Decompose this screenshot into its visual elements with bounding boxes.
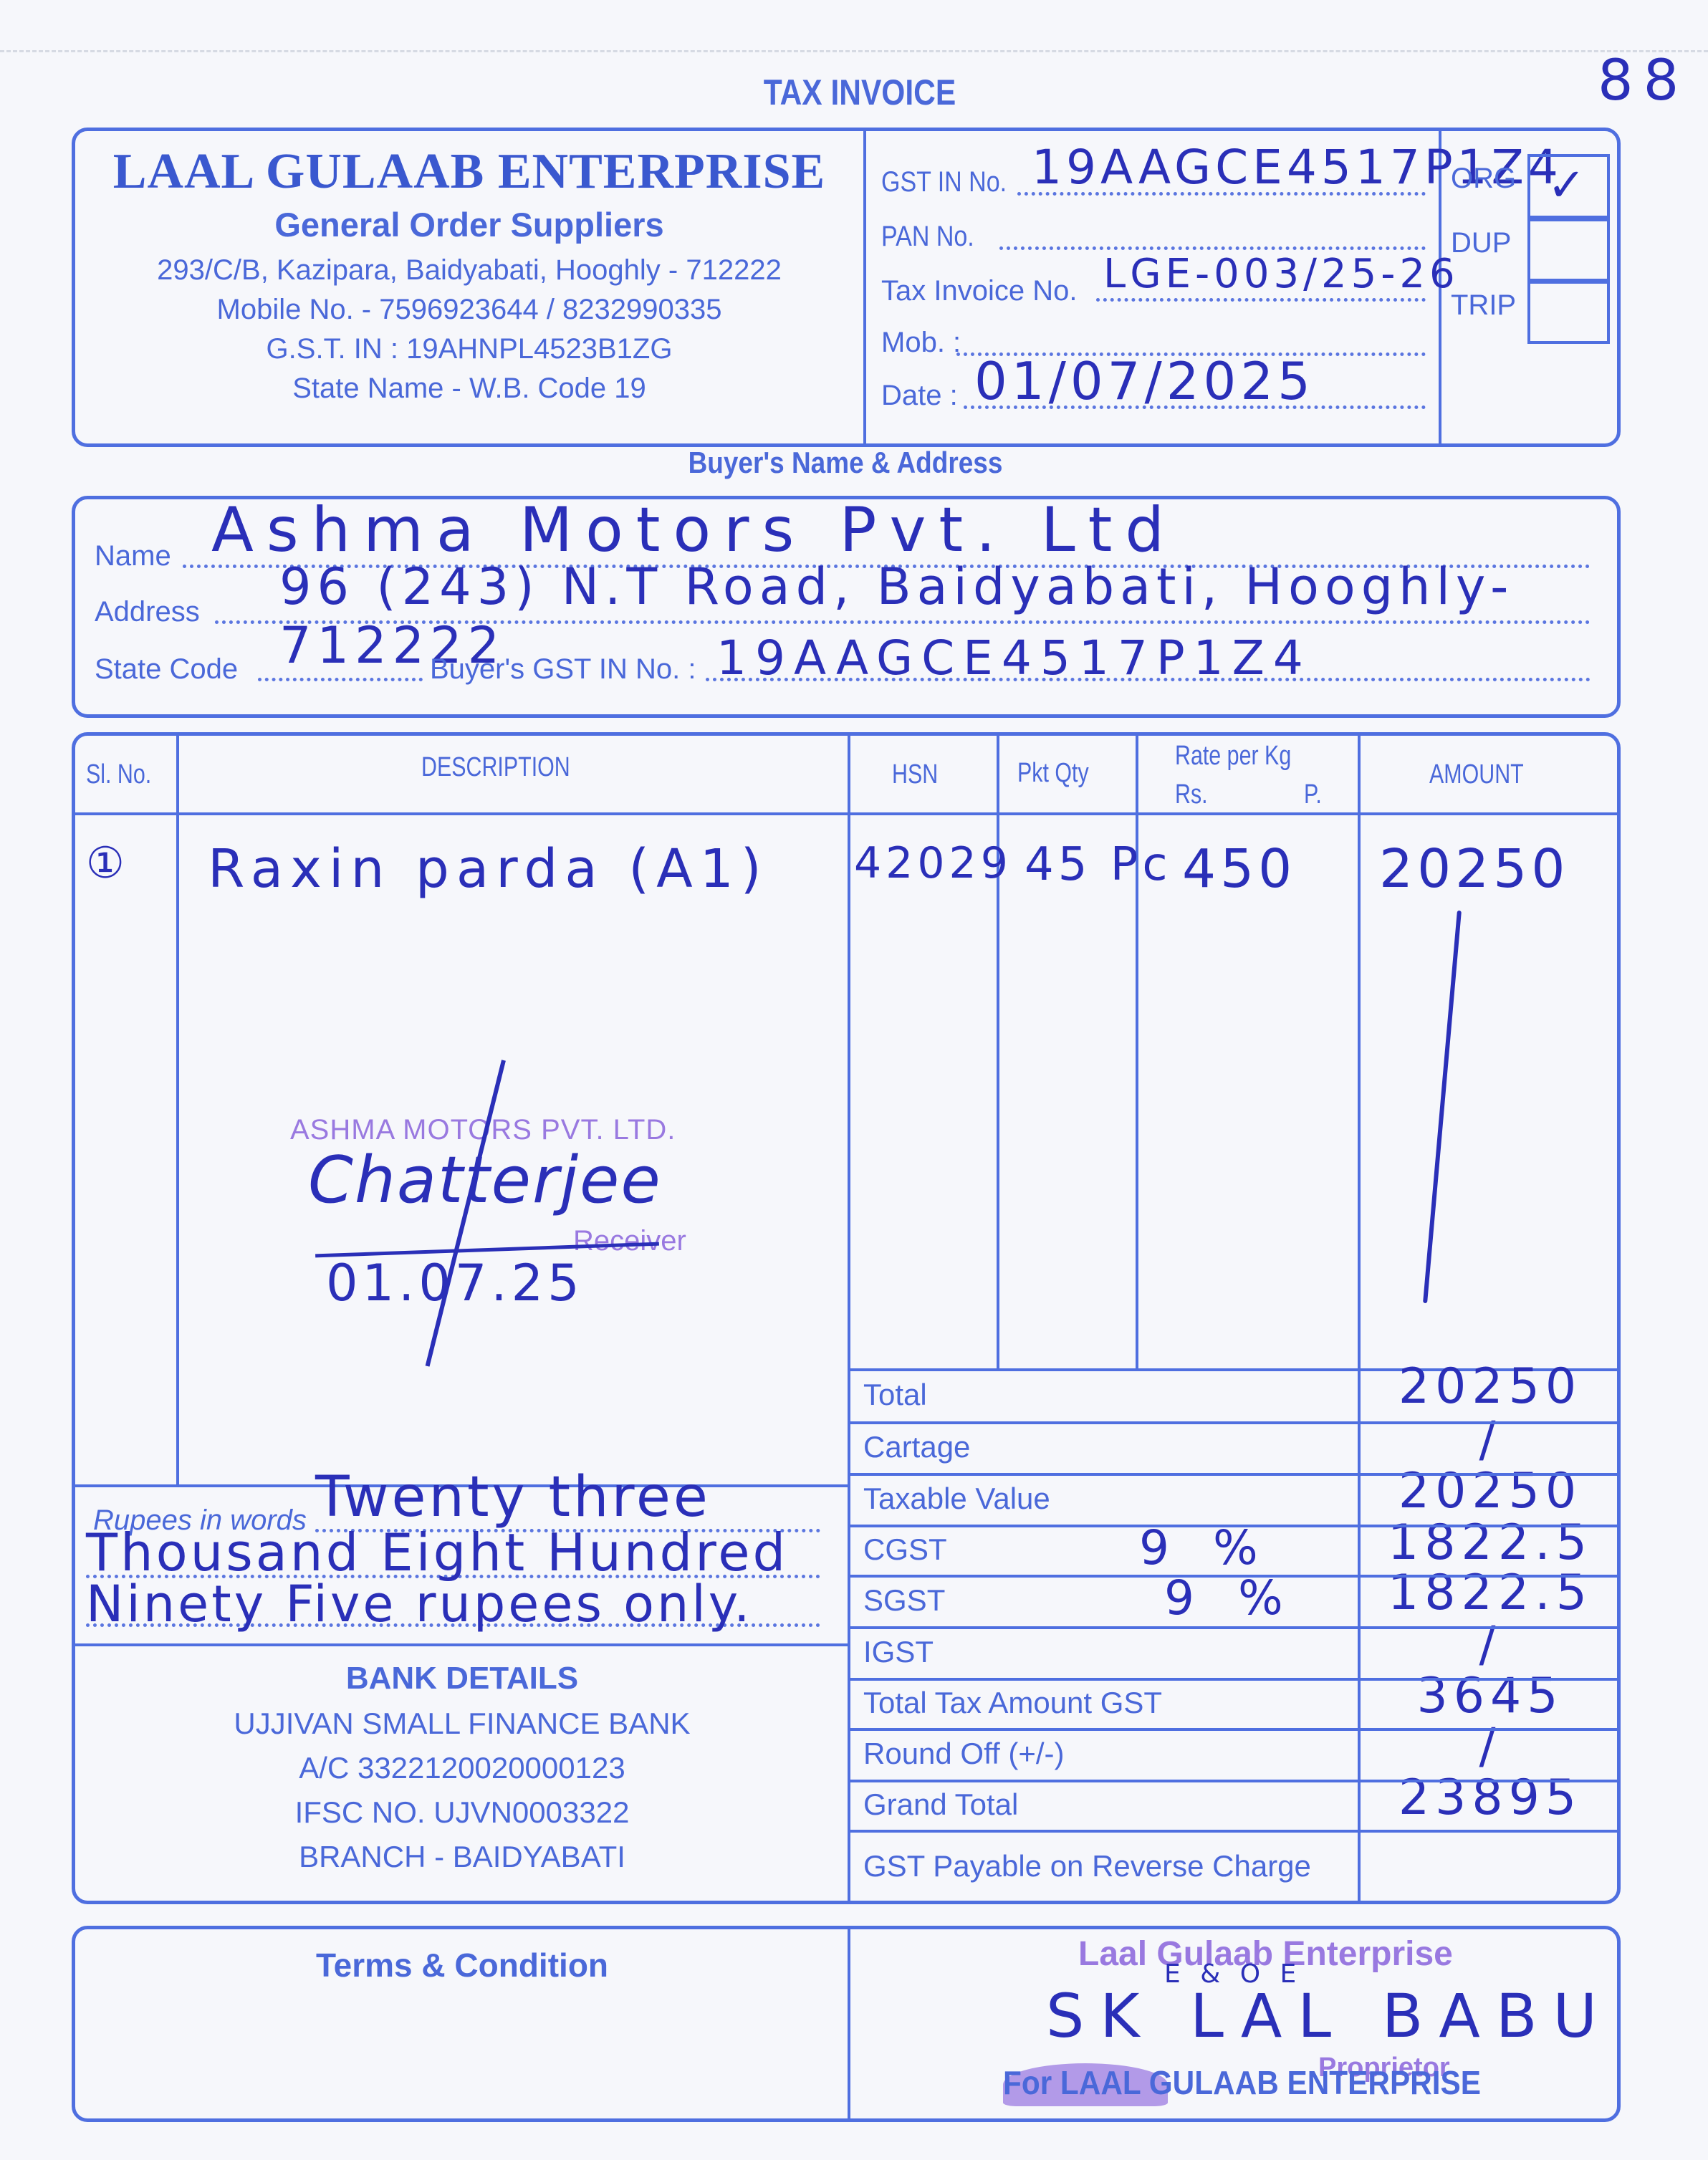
header-sl-no: Sl. No.: [86, 759, 151, 790]
seller-name: LAAL GULAAB ENTERPRISE: [79, 143, 860, 201]
col-line-hsn: [997, 734, 999, 1371]
summary-label: Round Off (+/-): [863, 1737, 1065, 1771]
check-mark-icon: ✓: [1530, 157, 1607, 214]
summary-label: IGST: [863, 1635, 934, 1669]
summary-row-rule: [848, 1575, 1619, 1578]
amount-words-line3[interactable]: Ninety Five rupees only.: [86, 1575, 753, 1633]
item-description[interactable]: Raxin parda (A1): [208, 838, 769, 900]
copy-type-label-dup: DUP: [1451, 227, 1511, 259]
summary-label: Grand Total: [863, 1787, 1018, 1822]
summary-row-rule: [848, 1678, 1619, 1681]
copy-type-label-trip: TRIP: [1451, 289, 1516, 322]
summary-value[interactable]: 1822.5: [1372, 1515, 1608, 1571]
date-value[interactable]: 01/07/2025: [974, 351, 1315, 411]
for-company-label: For LAAL GULAAB ENTERPRISE: [1003, 2063, 1481, 2102]
bank-top-rule: [73, 1643, 849, 1646]
bank-name: UJJIVAN SMALL FINANCE BANK: [79, 1707, 845, 1741]
seller-block: LAAL GULAAB ENTERPRISE General Order Sup…: [79, 143, 860, 405]
bank-title: BANK DETAILS: [79, 1661, 845, 1696]
buyer-name-value[interactable]: Ashma Motors Pvt. Ltd: [211, 494, 1177, 566]
header-rate-p: P.: [1304, 779, 1322, 810]
item-rate[interactable]: 450: [1182, 838, 1296, 900]
summary-label: Taxable Value: [863, 1482, 1050, 1516]
summary-label: Cartage: [863, 1430, 970, 1464]
seller-gstin: G.S.T. IN : 19AHNPL4523B1ZG: [79, 333, 860, 365]
header-pkt-qty: Pkt Qty: [1017, 758, 1089, 789]
buyer-gstin-value[interactable]: 19AAGCE4517P1Z4: [716, 630, 1312, 686]
terms-title: Terms & Condition: [79, 1946, 845, 1984]
header-hsn: HSN: [892, 759, 938, 790]
seller-address: 293/C/B, Kazipara, Baidyabati, Hooghly -…: [79, 254, 860, 287]
document-title: TAX INVOICE: [696, 72, 1025, 113]
summary-row-rule: [848, 1830, 1619, 1833]
invoice-no-line: [1096, 298, 1426, 302]
item-pkt-qty[interactable]: 45 Pc: [1025, 838, 1172, 891]
seller-signature: SK LAL BABU: [1046, 1981, 1613, 2051]
seller-state: State Name - W.B. Code 19: [79, 373, 860, 405]
seller-tagline: General Order Suppliers: [79, 205, 860, 244]
header-rate: Rate per Kg: [1175, 741, 1291, 772]
state-code-line: [258, 678, 423, 681]
summary-rate[interactable]: 9 %: [1139, 1520, 1272, 1575]
invoice-no-label: Tax Invoice No.: [881, 275, 1077, 307]
pan-label: PAN No.: [881, 221, 974, 253]
summary-value[interactable]: 1822.5: [1372, 1565, 1608, 1621]
col-line-qty: [1136, 734, 1138, 1371]
summary-label: Total Tax Amount GST: [863, 1686, 1162, 1720]
gstin-label: GST IN No.: [881, 166, 1007, 198]
amount-words-line1[interactable]: Twenty three: [315, 1465, 711, 1530]
summary-value[interactable]: /: [1372, 1718, 1608, 1775]
date-label: Date :: [881, 380, 958, 412]
bank-ifsc: IFSC NO. UJVN0003322: [79, 1795, 845, 1830]
bank-account: A/C 3322120020000123: [79, 1751, 845, 1785]
bank-details: BANK DETAILS UJJIVAN SMALL FINANCE BANK …: [79, 1661, 845, 1874]
item-amount[interactable]: 20250: [1379, 838, 1569, 900]
summary-row-rule: [848, 1421, 1619, 1424]
summary-label: GST Payable on Reverse Charge: [863, 1849, 1311, 1883]
item-hsn[interactable]: 42029: [854, 838, 1012, 888]
pan-line: [999, 246, 1426, 250]
summary-value[interactable]: 20250: [1372, 1463, 1608, 1520]
bank-branch: BRANCH - BAIDYABATI: [79, 1840, 845, 1874]
seller-mobile: Mobile No. - 7596923644 / 8232990335: [79, 294, 860, 326]
copy-type-checkbox-dup[interactable]: [1527, 219, 1610, 282]
copy-type-label-org: ORG: [1451, 163, 1516, 195]
receiver-stamp-role: Receiver: [573, 1225, 686, 1257]
summary-row-rule: [848, 1780, 1619, 1782]
summary-rate[interactable]: 9 %: [1164, 1570, 1297, 1626]
summary-value[interactable]: /: [1372, 1616, 1608, 1673]
receiver-signature: Chatterjee: [308, 1143, 662, 1218]
header-amount: AMOUNT: [1429, 759, 1524, 790]
summary-row-rule: [848, 1626, 1619, 1629]
item-sl-no[interactable]: ①: [86, 838, 129, 888]
summary-row-rule: [848, 1525, 1619, 1527]
summary-value[interactable]: /: [1372, 1411, 1608, 1468]
mob-label: Mob. :: [881, 327, 961, 359]
summary-value[interactable]: 23895: [1372, 1770, 1608, 1826]
buyer-name-label: Name: [95, 540, 171, 572]
summary-value[interactable]: 3645: [1372, 1668, 1608, 1724]
buyer-address-label: Address: [95, 596, 200, 628]
amount-words-line2[interactable]: Thousand Eight Hundred: [86, 1522, 788, 1583]
header-description: DESCRIPTION: [421, 752, 570, 783]
summary-row-rule: [848, 1473, 1619, 1476]
header-divider: [863, 129, 866, 446]
torn-paper-edge: [0, 29, 1708, 52]
summary-label: SGST: [863, 1583, 945, 1618]
items-header-rule: [73, 812, 1619, 815]
summary-label: CGST: [863, 1532, 947, 1567]
summary-label: Total: [863, 1378, 927, 1412]
copy-type-checkbox-org[interactable]: ✓: [1527, 154, 1610, 219]
footer-divider: [848, 1927, 850, 2121]
buyer-gstin-label: Buyer's GST IN No. :: [430, 653, 696, 686]
summary-row-rule: [848, 1728, 1619, 1731]
page-number: 88: [1598, 49, 1689, 113]
header-rate-rs: Rs.: [1175, 779, 1208, 810]
invoice-no-value[interactable]: LGE-003/25-26: [1103, 251, 1459, 297]
summary-value[interactable]: 20250: [1372, 1358, 1608, 1415]
state-code-label: State Code: [95, 653, 238, 686]
col-line-sl: [176, 734, 179, 1486]
buyer-section-title: Buyer's Name & Address: [656, 446, 1035, 480]
copy-type-checkbox-trip[interactable]: [1527, 281, 1610, 344]
